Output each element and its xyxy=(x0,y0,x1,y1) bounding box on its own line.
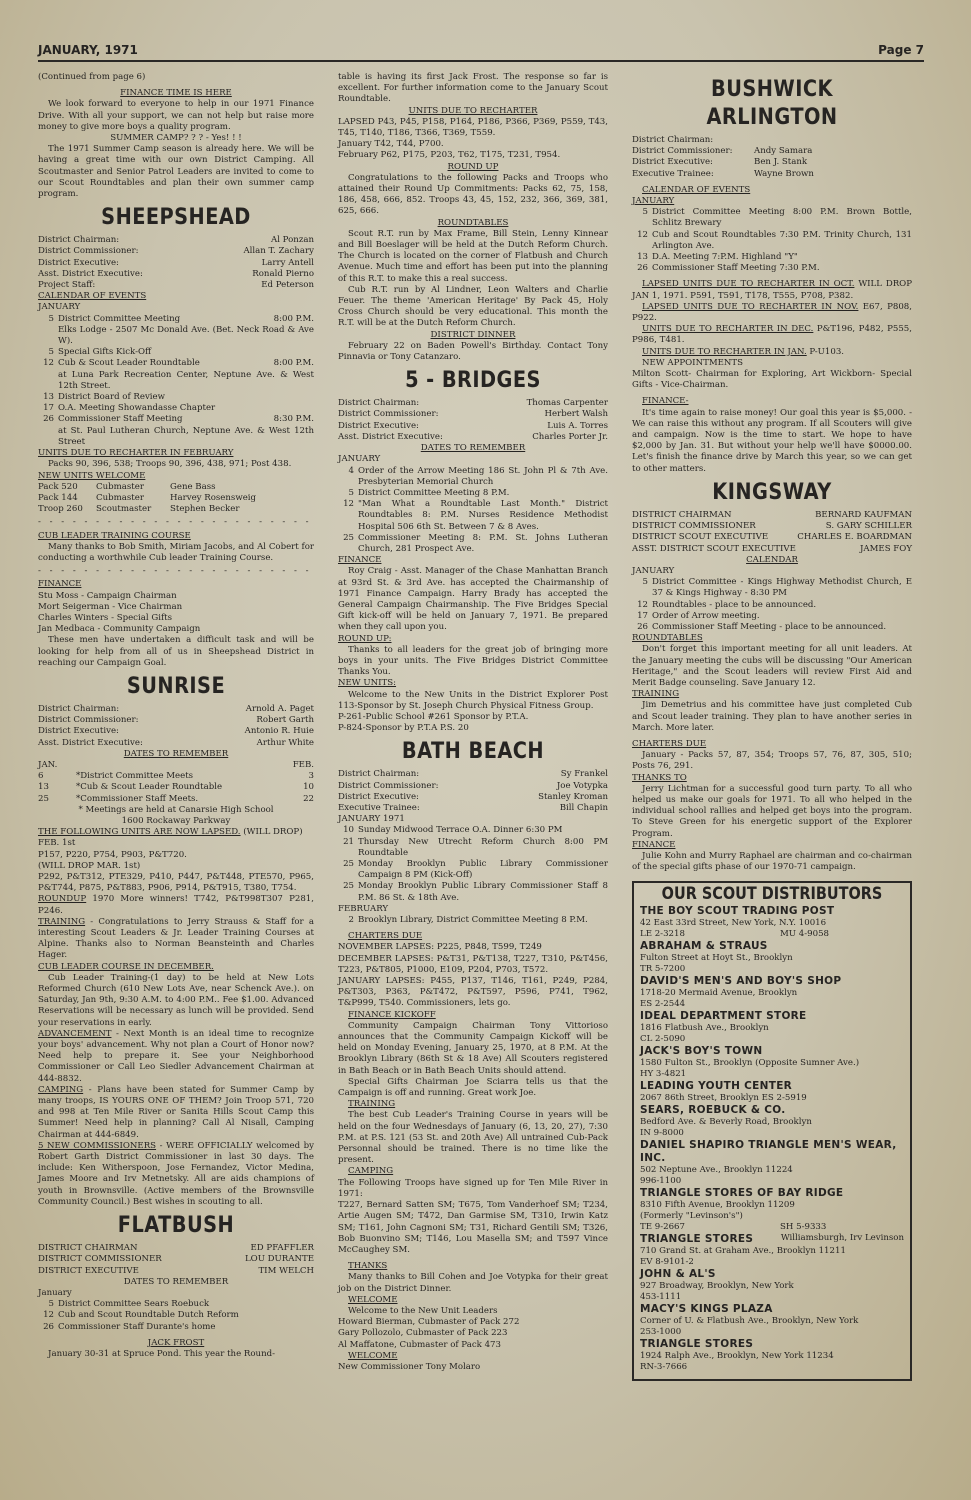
distributor-address: (Formerly "Levinson's") xyxy=(640,1211,904,1222)
event-day: 12 xyxy=(632,600,652,611)
distributor-phone-row: TE 9-2667SH 5-9333 xyxy=(640,1222,904,1233)
officer-role: Executive Trainee: xyxy=(338,803,420,814)
event-time: 8:00 P.M. xyxy=(274,314,314,325)
unit-number: Pack 144 xyxy=(38,493,96,504)
kingsway-roundtables-heading: ROUNDTABLES xyxy=(632,633,912,644)
kingsway-month: JANUARY xyxy=(632,566,912,577)
distributor-address: 42 East 33rd Street, New York, N.Y. 1001… xyxy=(640,918,904,929)
event-row: 5District Committee Meeting 8:00 P.M. Br… xyxy=(632,207,912,229)
distributor-name: TRIANGLE STORES xyxy=(640,1233,753,1246)
date-event: *District Committee Meets xyxy=(76,771,284,782)
recharter-units: T42, T44, P700. xyxy=(374,139,443,149)
bridges-title: 5 - BRIDGES xyxy=(354,367,592,395)
advancement: ADVANCEMENT - Next Month is an ideal tim… xyxy=(38,1029,314,1085)
bushwick-calendar-heading: CALENDAR OF EVENTS xyxy=(632,185,912,196)
officer-role: District Chairman: xyxy=(338,769,419,780)
officer-role: DISTRICT SCOUT EXECUTIVE xyxy=(632,532,768,543)
officer-role: Asst. District Executive: xyxy=(38,738,143,749)
distributor-address: 1816 Flatbush Ave., Brooklyn xyxy=(640,1023,904,1034)
bushwick-finance-heading: FINANCE- xyxy=(632,396,912,407)
event-title: District Board of Review xyxy=(58,392,165,402)
distributor-name: TRIANGLE STORES OF BAY RIDGE xyxy=(640,1187,843,1200)
event-title: Monday Brooklyn Public Library Commissio… xyxy=(358,859,608,880)
roundup: ROUNDUP 1970 More winners! T742, P&T998T… xyxy=(38,894,314,916)
event-title: Monday Brooklyn Public Library Commissio… xyxy=(358,881,608,902)
event-day: 26 xyxy=(38,1322,58,1333)
training: TRAINING - Congratulations to Jerry Stra… xyxy=(38,917,314,962)
distributor-phone-2 xyxy=(780,1034,904,1045)
thanks-heading: THANKS xyxy=(338,1261,608,1272)
distributor-name: MACY'S KINGS PLAZA xyxy=(640,1303,773,1316)
sheepshead-calendar-heading: CALENDAR OF EVENTS xyxy=(38,291,314,302)
event-day: 5 xyxy=(632,577,652,599)
officer-role: District Chairman: xyxy=(38,235,119,246)
dinner-text: February 22 on Baden Powell's Birthday. … xyxy=(338,341,608,363)
event-title: Roundtables - place to be announced. xyxy=(652,600,816,610)
event-day: 17 xyxy=(632,611,652,622)
bushwick-officers: District Chairman:District Commissioner:… xyxy=(632,135,912,180)
event-day: 26 xyxy=(632,263,652,274)
lapsed-oct: LAPSED UNITS DUE TO RECHARTER IN OCT. WI… xyxy=(632,279,912,301)
welcome-line: Al Maffatone, Cubmaster of Pack 473 xyxy=(338,1340,608,1351)
welcome2-text: New Commissioner Tony Molaro xyxy=(338,1362,608,1373)
distributor-entry: TRIANGLE STORESWilliamsburgh, Irv Levins… xyxy=(640,1233,904,1268)
distributor-name: JACK'S BOY'S TOWN xyxy=(640,1045,762,1058)
event-title: District Committee Sears Roebuck xyxy=(58,1299,209,1309)
distributor-phone-2 xyxy=(780,1176,904,1187)
event-row: 12Cub and Scout Roundtables 7:30 P.M. Tr… xyxy=(632,230,912,252)
sunrise-dates: 6*District Committee Meets313*Cub & Scou… xyxy=(38,771,314,805)
jack-frost-heading: JACK FROST xyxy=(38,1338,314,1349)
divider: - - - - - - - - - - - - - - - - - - - - … xyxy=(38,566,314,577)
officer-row: DISTRICT CHAIRMANBERNARD KAUFMAN xyxy=(632,510,912,521)
officer-row: District Chairman:Arnold A. Paget xyxy=(38,704,314,715)
event-row: 26Commissioner Staff Meeting 7:30 P.M. xyxy=(632,263,912,274)
officer-row: District Chairman:Thomas Carpenter xyxy=(338,398,608,409)
distributors-title: OUR SCOUT DISTRIBUTORS xyxy=(660,889,884,900)
officer-row: DISTRICT COMMISSIONERLOU DURANTE xyxy=(38,1254,314,1265)
bridges-roundup-heading: ROUND UP: xyxy=(338,634,608,645)
event-text: Commissioner Meeting 8: P.M. St. Johns L… xyxy=(358,533,608,555)
distributor-phone-row: EV 8-9101-2 xyxy=(640,1257,904,1268)
welcome-intro: Welcome to the New Unit Leaders xyxy=(338,1306,608,1317)
officer-name: Ed Peterson xyxy=(261,280,314,291)
distributor-phone-2 xyxy=(780,1327,904,1338)
distributor-entry: JACK'S BOY'S TOWN1580 Fulton St., Brookl… xyxy=(640,1045,904,1080)
divider: - - - - - - - - - - - - - - - - - - - - … xyxy=(38,517,314,528)
sheepshead-finance-text: These men have undertaken a difficult ta… xyxy=(38,635,314,669)
distributor-name: TRIANGLE STORES xyxy=(640,1338,753,1351)
date-row: 25*Commissioner Staff Meets.22 xyxy=(38,794,314,805)
finance-member: Mort Seigerman - Vice Chairman xyxy=(38,602,314,613)
recharter-units: P43, P45, P158, P164, P186, P366, P369, … xyxy=(338,117,608,138)
thanks-text: Many thanks to Bill Cohen and Joe Votypk… xyxy=(338,1272,608,1294)
event-day: 12 xyxy=(632,230,652,252)
event-text: District Committee Sears Roebuck xyxy=(58,1299,314,1310)
event-text: Roundtables - place to be announced. xyxy=(652,600,912,611)
finance-member: Jan Medbaca - Community Campaign xyxy=(38,624,314,635)
event-day: 13 xyxy=(632,252,652,263)
mar-units: P292, P&T312, PTE329, P410, P447, P&T448… xyxy=(38,872,314,894)
officer-role: DISTRICT EXECUTIVE xyxy=(38,1266,139,1277)
distributor-name-row: JOHN & AL'S xyxy=(640,1268,904,1281)
officer-name: Al Ponzan xyxy=(271,235,314,246)
officer-name: Ronald Pierno xyxy=(252,269,314,280)
officer-role: District Chairman: xyxy=(38,704,119,715)
distributor-name: SEARS, ROEBUCK & CO. xyxy=(640,1104,786,1117)
officer-row: Executive Trainee:Bill Chapin xyxy=(338,803,608,814)
officer-name: Herbert Walsh xyxy=(545,409,608,420)
event-row: 26Commissioner Staff Durante's home xyxy=(38,1322,314,1333)
officer-name: Arthur White xyxy=(257,738,314,749)
event-text: "Man What a Roundtable Last Month." Dist… xyxy=(358,499,608,533)
mar-label: (WILL DROP MAR. 1st) xyxy=(38,861,314,872)
kingsway-charters-heading: CHARTERS DUE xyxy=(632,739,912,750)
bridges-new-units-heading: NEW UNITS: xyxy=(338,678,608,689)
feb-first: FEB. 1st xyxy=(38,838,314,849)
jan-day: 25 xyxy=(38,794,76,805)
distributor-name-row: IDEAL DEPARTMENT STORE xyxy=(640,1010,904,1023)
kingsway-title: KINGSWAY xyxy=(649,479,895,507)
distributors-list: THE BOY SCOUT TRADING POST42 East 33rd S… xyxy=(640,905,904,1373)
distributor-phone-row: HY 3-4821 xyxy=(640,1069,904,1080)
officer-name: Thomas Carpenter xyxy=(527,398,608,409)
distributor-entry: TRIANGLE STORES1924 Ralph Ave., Brooklyn… xyxy=(640,1338,904,1373)
distributor-address: 710 Grand St. at Graham Ave., Brooklyn 1… xyxy=(640,1246,904,1257)
sheepshead-officers: District Chairman:Al PonzanDistrict Comm… xyxy=(38,235,314,291)
event-row: 12"Man What a Roundtable Last Month." Di… xyxy=(338,499,608,533)
distributor-entry: LEADING YOUTH CENTER2067 86th Street, Br… xyxy=(640,1080,904,1104)
cub-training-text: Many thanks to Bob Smith, Miriam Jacobs,… xyxy=(38,542,314,564)
distributor-phone-2 xyxy=(780,1128,904,1139)
distributor-phone-2 xyxy=(780,1257,904,1268)
distributor-address: Corner of U. & Flatbush Ave., Brooklyn, … xyxy=(640,1316,904,1327)
event-text: Special Gifts Kick-Off xyxy=(58,347,314,358)
distributors-box: OUR SCOUT DISTRIBUTORS THE BOY SCOUT TRA… xyxy=(632,881,912,1380)
event-row: 5Special Gifts Kick-Off xyxy=(38,347,314,358)
distributor-phone-2: SH 5-9333 xyxy=(780,1222,904,1233)
feb-day: 10 xyxy=(284,782,314,793)
officer-role: District Executive: xyxy=(632,157,754,168)
distributor-address: 1924 Ralph Ave., Brooklyn, New York 1123… xyxy=(640,1351,904,1362)
event-row: 4Order of the Arrow Meeting 186 St. John… xyxy=(338,466,608,488)
distributor-name-row: TRIANGLE STORESWilliamsburgh, Irv Levins… xyxy=(640,1233,904,1246)
welcome-heading: WELCOME xyxy=(338,1295,608,1306)
officer-name: Joe Votypka xyxy=(557,781,608,792)
event-title: D.A. Meeting 7:P.M. Highland "Y" xyxy=(652,252,798,262)
event-title: District Committee Meeting 8:00 P.M. Bro… xyxy=(652,207,912,228)
finance-heading: FINANCE TIME IS HERE xyxy=(38,88,314,99)
charter-line: NOVEMBER LAPSES: P225, P848, T599, T249 xyxy=(338,942,608,953)
event-title: Sunday Midwood Terrace O.A. Dinner 6:30 … xyxy=(358,825,562,835)
kingsway-training-text: Jim Demetrius and his committee have jus… xyxy=(632,700,912,734)
distributor-phone-row: IN 9-8000 xyxy=(640,1128,904,1139)
event-detail: at St. Paul Lutheran Church, Neptune Ave… xyxy=(58,426,314,447)
flatbush-events: 5District Committee Sears Roebuck12Cub a… xyxy=(38,1299,314,1333)
officer-name: Andy Samara xyxy=(754,146,912,157)
event-row: 5 8:00 P.M.District Committee MeetingElk… xyxy=(38,314,314,348)
event-title: District Committee Meeting xyxy=(58,314,180,324)
distributor-address: 2067 86th Street, Brooklyn ES 2-5919 xyxy=(640,1093,904,1104)
flatbush-title: FLATBUSH xyxy=(55,1212,298,1240)
bath-training-text: The best Cub Leader's Training Course in… xyxy=(338,1110,608,1166)
officer-role: DISTRICT CHAIRMAN xyxy=(632,510,731,521)
bath-training-heading: TRAINING xyxy=(338,1099,608,1110)
kingsway-training-heading: TRAINING xyxy=(632,689,912,700)
officer-name: CHARLES E. BOARDMAN xyxy=(797,532,912,543)
cub-course-text: Cub Leader Training-(1 day) to be held a… xyxy=(38,973,314,1029)
bridges-finance-text: Roy Craig - Asst. Manager of the Chase M… xyxy=(338,566,608,633)
officer-row: District Commissioner:Herbert Walsh xyxy=(338,409,608,420)
sheepshead-recharter-text: Packs 90, 396, 538; Troops 90, 396, 438,… xyxy=(38,459,314,470)
bath-month-2: FEBRUARY xyxy=(338,904,608,915)
welcome2-heading: WELCOME xyxy=(338,1351,608,1362)
officer-name: LOU DURANTE xyxy=(245,1254,314,1265)
distributor-phone-row: 996-1100 xyxy=(640,1176,904,1187)
officer-name: Robert Garth xyxy=(256,715,314,726)
officer-role: District Executive: xyxy=(38,726,119,737)
distributor-note: Williamsburgh, Irv Levinson xyxy=(781,1233,904,1246)
officer-name xyxy=(754,135,912,146)
officer-name: Charles Porter Jr. xyxy=(532,432,608,443)
event-title: Order of the Arrow Meeting 186 St. John … xyxy=(358,466,608,487)
sheepshead-welcome-heading: NEW UNITS WELCOME xyxy=(38,471,314,482)
column-middle: table is having its first Jack Frost. Th… xyxy=(338,72,608,1373)
recharter-label: January xyxy=(338,139,374,149)
date-event: *Cub & Scout Leader Roundtable xyxy=(76,782,284,793)
distributor-phone-2 xyxy=(780,1292,904,1303)
event-title: Commissioner Staff Durante's home xyxy=(58,1322,215,1332)
officer-name: Bill Chapin xyxy=(560,803,608,814)
officer-row: District Executive:Antonio R. Huie xyxy=(38,726,314,737)
bushwick-events: 5District Committee Meeting 8:00 P.M. Br… xyxy=(632,207,912,274)
officer-role: Asst. District Executive: xyxy=(38,269,143,280)
officer-role: District Commissioner: xyxy=(38,246,139,257)
officer-row: Executive Trainee:Wayne Brown xyxy=(632,169,912,180)
distributor-address: 927 Broadway, Brooklyn, New York xyxy=(640,1281,904,1292)
distributor-phone-row: CL 2-5090 xyxy=(640,1034,904,1045)
bushwick-title: BUSHWICK ARLINGTON xyxy=(649,76,895,132)
distributor-phone: HY 3-4821 xyxy=(640,1069,780,1080)
officer-name: Sy Frankel xyxy=(561,769,608,780)
unit-leader: Gene Bass xyxy=(170,482,314,493)
distributor-address: Bedford Ave. & Beverly Road, Brooklyn xyxy=(640,1117,904,1128)
distributor-entry: TRIANGLE STORES OF BAY RIDGE8310 Fifth A… xyxy=(640,1187,904,1233)
event-day: 26 xyxy=(38,414,58,448)
bath-camping-heading: CAMPING xyxy=(338,1166,608,1177)
new-unit-row: Pack 144CubmasterHarvey Rosensweig xyxy=(38,493,314,504)
event-row: 25Monday Brooklyn Public Library Commiss… xyxy=(338,859,608,881)
distributor-entry: THE BOY SCOUT TRADING POST42 East 33rd S… xyxy=(640,905,904,940)
officer-name: Ben J. Stank xyxy=(754,157,912,168)
bridges-new-units-list: P-261-Public School #261 Sponsor by P.T.… xyxy=(338,712,608,734)
flatbush-continued: table is having its first Jack Frost. Th… xyxy=(338,72,608,106)
jan-day: 6 xyxy=(38,771,76,782)
event-row: 5District Committee Sears Roebuck xyxy=(38,1299,314,1310)
officer-name: Larry Antell xyxy=(262,258,314,269)
event-row: 13D.A. Meeting 7:P.M. Highland "Y" xyxy=(632,252,912,263)
officer-role: District Commissioner: xyxy=(338,781,439,792)
event-text: Commissioner Staff Durante's home xyxy=(58,1322,314,1333)
event-day: 25 xyxy=(338,859,358,881)
finance-text: We look forward to everyone to help in o… xyxy=(38,99,314,133)
bath-camping-list: T227, Bernard Satten SM; T675, Tom Vande… xyxy=(338,1200,608,1256)
bridges-month: JANUARY xyxy=(338,454,608,465)
bridges-finance-heading: FINANCE xyxy=(338,555,608,566)
bushwick-month: JANUARY xyxy=(632,196,912,207)
distributor-name: JOHN & AL'S xyxy=(640,1268,716,1281)
welcome-list: Howard Bierman, Cubmaster of Pack 272Gar… xyxy=(338,1317,608,1351)
event-day: 5 xyxy=(632,207,652,229)
event-text: Commissioner Staff Meeting - place to be… xyxy=(652,622,912,633)
event-text: District Committee - Kings Highway Metho… xyxy=(652,577,912,599)
jack-frost-text: January 30-31 at Spruce Pond. This year … xyxy=(38,1349,314,1360)
recharter-row: January T42, T44, P700. xyxy=(338,139,608,150)
dinner-heading: DISTRICT DINNER xyxy=(338,330,608,341)
distributor-name: DANIEL SHAPIRO TRIANGLE MEN'S WEAR, INC. xyxy=(640,1139,904,1165)
distributor-address: 8310 Fifth Avenue, Brooklyn 11209 xyxy=(640,1200,904,1211)
distributor-name-row: ABRAHAM & STRAUS xyxy=(640,940,904,953)
appointments-heading: NEW APPOINTMENTS xyxy=(632,358,912,369)
meetings-address: 1600 Rockaway Parkway xyxy=(38,816,314,827)
distributor-phone: 253-1000 xyxy=(640,1327,780,1338)
officer-role: DISTRICT COMMISSIONER xyxy=(38,1254,162,1265)
distributor-phone: CL 2-5090 xyxy=(640,1034,780,1045)
flatbush-dates-heading: DATES TO REMEMBER xyxy=(38,1277,314,1288)
bath-month: JANUARY 1971 xyxy=(338,814,608,825)
distributor-phone-row: TR 5-7200 xyxy=(640,964,904,975)
event-row: 12 8:00 P.M.Cub & Scout Leader Roundtabl… xyxy=(38,358,314,392)
kingsway-finance-text: Julie Kohn and Murry Raphael are chairma… xyxy=(632,851,912,873)
event-text: Commissioner Staff Meeting 7:30 P.M. xyxy=(652,263,912,274)
recharter-list: LAPSED P43, P45, P158, P164, P186, P366,… xyxy=(338,117,608,162)
distributor-phone-2: MU 4-9058 xyxy=(780,929,904,940)
officer-name: Antonio R. Huie xyxy=(245,726,314,737)
kingsway-events: 5District Committee - Kings Highway Meth… xyxy=(632,577,912,633)
distributor-entry: SEARS, ROEBUCK & CO.Bedford Ave. & Bever… xyxy=(640,1104,904,1139)
distributor-name-row: LEADING YOUTH CENTER xyxy=(640,1080,904,1093)
sheepshead-finance-list: Stu Moss - Campaign ChairmanMort Seigerm… xyxy=(38,591,314,636)
event-title: Commissioner Meeting 8: P.M. St. Johns L… xyxy=(358,533,608,554)
event-detail: Elks Lodge - 2507 Mc Donald Ave. (Bet. N… xyxy=(58,325,314,346)
event-day: 17 xyxy=(38,403,58,414)
newspaper-page: JANUARY, 1971 Page 7 (Continued from pag… xyxy=(0,0,971,1500)
kingsway-thanks-text: Jerry Lichtman for a successful good tur… xyxy=(632,784,912,840)
event-day: 5 xyxy=(338,488,358,499)
officer-row: DISTRICT EXECUTIVETIM WELCH xyxy=(38,1266,314,1277)
jan-day: 13 xyxy=(38,782,76,793)
distributor-phone: TR 5-7200 xyxy=(640,964,780,975)
event-title: "Man What a Roundtable Last Month." Dist… xyxy=(358,499,608,531)
distributor-phone-2 xyxy=(780,1069,904,1080)
kingsway-thanks-heading: THANKS TO xyxy=(632,773,912,784)
roundtables-text-2: Cub R.T. run by Al Lindner, Leon Walters… xyxy=(338,285,608,330)
distributor-phone-row: ES 2-2544 xyxy=(640,999,904,1010)
event-text: Cub and Scout Roundtable Dutch Reform xyxy=(58,1310,314,1321)
charters-list: NOVEMBER LAPSES: P225, P848, T599, T249D… xyxy=(338,942,608,1009)
officer-role: District Executive: xyxy=(338,421,419,432)
unit-number: Troop 260 xyxy=(38,504,96,515)
officer-row: Project Staff:Ed Peterson xyxy=(38,280,314,291)
bridges-events: 4Order of the Arrow Meeting 186 St. John… xyxy=(338,466,608,556)
event-text: Order of Arrow meeting. xyxy=(652,611,912,622)
sheepshead-title: SHEEPSHEAD xyxy=(55,204,298,232)
officer-row: DISTRICT SCOUT EXECUTIVECHARLES E. BOARD… xyxy=(632,532,912,543)
bridges-officers: District Chairman:Thomas CarpenterDistri… xyxy=(338,398,608,443)
distributor-name: LEADING YOUTH CENTER xyxy=(640,1080,792,1093)
event-day: 26 xyxy=(632,622,652,633)
event-title: Cub and Scout Roundtables 7:30 P.M. Trin… xyxy=(652,230,912,251)
kickoff-text-1: Community Campaign Chairman Tony Vittori… xyxy=(338,1021,608,1077)
kickoff-heading: FINANCE KICKOFF xyxy=(338,1010,608,1021)
officer-row: District Commissioner:Andy Samara xyxy=(632,146,912,157)
sheepshead-finance-heading: FINANCE xyxy=(38,579,314,590)
col-feb: FEB. xyxy=(284,760,314,771)
distributor-name-row: DANIEL SHAPIRO TRIANGLE MEN'S WEAR, INC. xyxy=(640,1139,904,1165)
sunrise-dates-header: JAN. FEB. xyxy=(38,760,314,771)
new-unit-row: Troop 260ScoutmasterStephen Becker xyxy=(38,504,314,515)
event-day: 5 xyxy=(38,1299,58,1310)
new-commissioners: 5 NEW COMMISSIONERS - WERE OFFICIALLY we… xyxy=(38,1141,314,1208)
sheepshead-recharter-heading: UNITS DUE TO RECHARTER IN FEBRUARY xyxy=(38,448,314,459)
officer-name: TIM WELCH xyxy=(258,1266,314,1277)
distributor-phone-row: RN-3-7666 xyxy=(640,1362,904,1373)
event-title: O.A. Meeting Showandasse Chapter xyxy=(58,403,215,413)
distributor-phone: 996-1100 xyxy=(640,1176,780,1187)
officer-name: JAMES FOY xyxy=(860,544,912,555)
officer-row: Asst. District Executive:Charles Porter … xyxy=(338,432,608,443)
sunrise-title: SUNRISE xyxy=(55,673,298,701)
officer-name: ED PFAFFLER xyxy=(251,1243,314,1254)
distributor-name: THE BOY SCOUT TRADING POST xyxy=(640,905,834,918)
event-row: 26Commissioner Staff Meeting - place to … xyxy=(632,622,912,633)
event-title: Cub & Scout Leader Roundtable xyxy=(58,358,200,368)
date-event: *Commissioner Staff Meets. xyxy=(76,794,284,805)
officer-name: Arnold A. Paget xyxy=(246,704,314,715)
distributor-address: Fulton Street at Hoyt St., Brooklyn xyxy=(640,953,904,964)
officer-row: District Chairman:Al Ponzan xyxy=(38,235,314,246)
event-text: D.A. Meeting 7:P.M. Highland "Y" xyxy=(652,252,912,263)
event-text: Thursday New Utrecht Reform Church 8:00 … xyxy=(358,837,608,859)
officer-row: District Executive:Stanley Kroman xyxy=(338,792,608,803)
distributor-address: 1718-20 Mermaid Avenue, Brooklyn xyxy=(640,988,904,999)
kingsway-officers: DISTRICT CHAIRMANBERNARD KAUFMANDISTRICT… xyxy=(632,510,912,555)
event-day: 10 xyxy=(338,825,358,836)
event-text: 8:30 P.M.Commissioner Staff Meetingat St… xyxy=(58,414,314,448)
event-day: 13 xyxy=(38,392,58,403)
event-title: Special Gifts Kick-Off xyxy=(58,347,151,357)
officer-name: S. GARY SCHILLER xyxy=(826,521,912,532)
date-row: 6*District Committee Meets3 xyxy=(38,771,314,782)
event-row: 12Cub and Scout Roundtable Dutch Reform xyxy=(38,1310,314,1321)
event-row: 13District Board of Review xyxy=(38,392,314,403)
officer-role: District Chairman: xyxy=(338,398,419,409)
unit-leader: Harvey Rosensweig xyxy=(170,493,314,504)
bath-camping-text: The Following Troops have signed up for … xyxy=(338,1178,608,1200)
distributor-entry: JOHN & AL'S927 Broadway, Brooklyn, New Y… xyxy=(640,1268,904,1303)
due-dec: UNITS DUE TO RECHARTER IN DEC. P&T196, P… xyxy=(632,324,912,346)
roundup-text: Congratulations to the following Packs a… xyxy=(338,173,608,218)
event-row: 10Sunday Midwood Terrace O.A. Dinner 6:3… xyxy=(338,825,608,836)
distributor-entry: DAVID'S MEN'S AND BOY'S SHOP1718-20 Merm… xyxy=(640,975,904,1010)
officer-row: ASST. DISTRICT SCOUT EXECUTIVEJAMES FOY xyxy=(632,544,912,555)
distributor-name: ABRAHAM & STRAUS xyxy=(640,940,768,953)
distributor-phone: TE 9-2667 xyxy=(640,1222,780,1233)
recharter-row: LAPSED P43, P45, P158, P164, P186, P366,… xyxy=(338,117,608,139)
officer-role: ASST. DISTRICT SCOUT EXECUTIVE xyxy=(632,544,796,555)
recharter-label: LAPSED xyxy=(338,117,378,127)
distributor-phone-row: LE 2-3218MU 4-9058 xyxy=(640,929,904,940)
